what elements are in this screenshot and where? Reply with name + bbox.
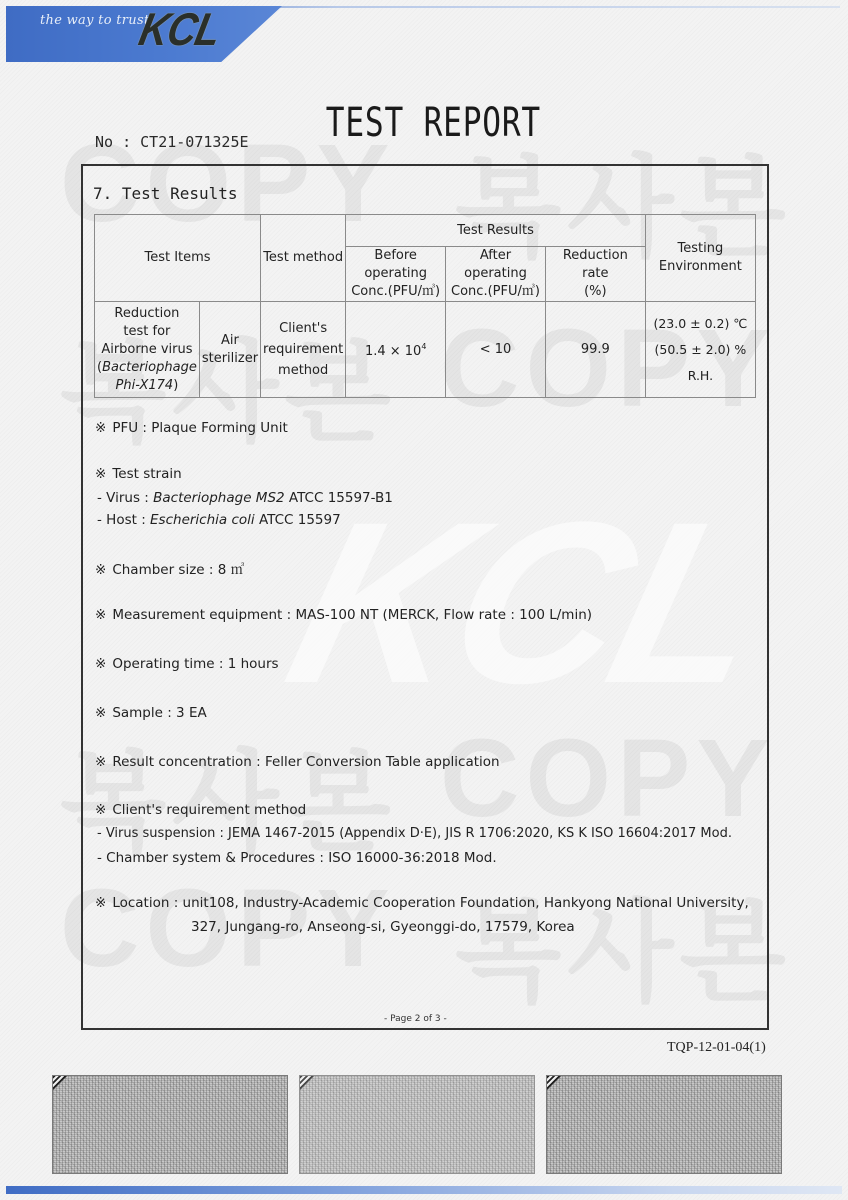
note-client-method: ※Client's requirement method — [95, 802, 306, 818]
note-sample: ※Sample : 3 EA — [95, 705, 207, 721]
note-location-line2: 327, Jungang-ro, Anseong-si, Gyeonggi-do… — [191, 919, 575, 935]
corner-mark-icon — [53, 1076, 67, 1090]
header-testing-environment: TestingEnvironment — [645, 215, 755, 302]
footer-band — [6, 1186, 842, 1194]
brand-tagline: the way to trust — [40, 13, 149, 28]
note-location: ※Location : unit108, Industry-Academic C… — [95, 895, 749, 911]
cell-sample: Air sterilizer — [199, 302, 260, 398]
cell-after-conc: < 10 — [446, 302, 546, 398]
note-operating-time: ※Operating time : 1 hours — [95, 656, 279, 672]
header-before-conc: Before operatingConc.(PFU/㎥) — [346, 247, 446, 302]
test-results-table: Test Items Test method Test Results Test… — [94, 214, 756, 398]
corner-mark-icon — [300, 1076, 314, 1090]
cell-environment: (23.0 ± 0.2) ℃ (50.5 ± 2.0) % R.H. — [645, 302, 755, 398]
security-pattern — [52, 1075, 288, 1174]
note-chamber-size: ※Chamber size : 8 ㎥ — [95, 558, 244, 578]
note-equipment: ※Measurement equipment : MAS-100 NT (MER… — [95, 607, 592, 623]
security-pattern — [546, 1075, 782, 1174]
table-row: Reduction test for Airborne virus (Bacte… — [95, 302, 756, 398]
note-virus: - Virus : Bacteriophage MS2 ATCC 15597-B… — [97, 490, 393, 506]
note-chamber-system: - Chamber system & Procedures : ISO 1600… — [97, 850, 497, 866]
note-pfu: ※PFU : Plaque Forming Unit — [95, 420, 288, 436]
form-code: TQP-12-01-04(1) — [667, 1040, 766, 1056]
cell-reduction-rate: 99.9 — [545, 302, 645, 398]
note-result-concentration: ※Result concentration : Feller Conversio… — [95, 754, 500, 770]
note-test-strain: ※Test strain — [95, 466, 182, 482]
header-test-results: Test Results — [346, 215, 646, 247]
header-test-items: Test Items — [95, 215, 261, 302]
security-pattern — [299, 1075, 535, 1174]
cell-before-conc: 1.4 × 104 — [346, 302, 446, 398]
corner-mark-icon — [547, 1076, 561, 1090]
kcl-logo: KCL — [135, 5, 225, 57]
report-number-value: CT21-071325E — [140, 133, 248, 151]
report-number: No : CT21-071325E — [95, 133, 249, 151]
note-host: - Host : Escherichia coli ATCC 15597 — [97, 512, 341, 528]
header-after-conc: After operatingConc.(PFU/㎥) — [446, 247, 546, 302]
section-title: 7. Test Results — [93, 184, 238, 203]
report-page: COPY 복사본 복사본 COPY 복사본 COPY COPY 복사본 KCL … — [0, 0, 848, 1200]
cell-test-item: Reduction test for Airborne virus (Bacte… — [95, 302, 200, 398]
note-virus-suspension: - Virus suspension : JEMA 1467-2015 (App… — [97, 826, 732, 841]
report-number-label: No — [95, 133, 113, 151]
header-reduction-rate: Reduction rate(%) — [545, 247, 645, 302]
header-test-method: Test method — [261, 215, 346, 302]
cell-method: Client's requirement method — [261, 302, 346, 398]
page-number: - Page 2 of 3 - — [384, 1014, 447, 1024]
